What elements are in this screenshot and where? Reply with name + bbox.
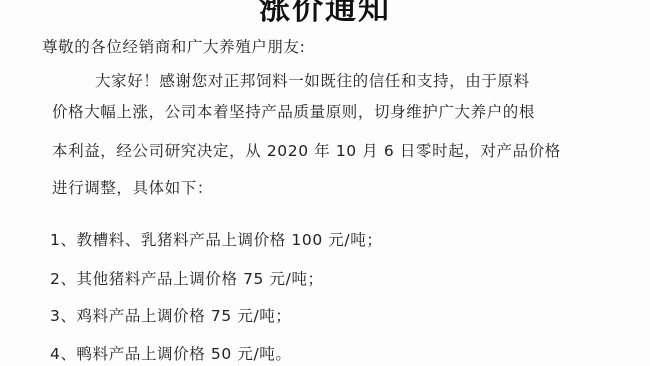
list-item: 3、鸡料产品上调价格 75 元/吨； — [50, 304, 291, 326]
list-item: 4、鸭料产品上调价格 50 元/吨。 — [50, 342, 291, 364]
body-line: 本利益，经公司研究决定，从 2020 年 10 月 6 日零时起，对产品价格 — [52, 139, 561, 161]
body-line: 大家好！感谢您对正邦饲料一如既往的信任和支持，由于原料 — [95, 69, 530, 91]
list-item: 2、其他猪料产品上调价格 75 元/吨； — [50, 267, 324, 289]
document-title: 涨价通知 — [0, 0, 650, 28]
price-increase-notice-document: 涨价通知 尊敬的各位经销商和广大养殖户朋友: 大家好！感谢您对正邦饲料一如既往的… — [0, 0, 650, 366]
body-line: 进行调整，具体如下： — [52, 176, 213, 198]
list-item: 1、教槽料、乳猪料产品上调价格 100 元/吨； — [50, 228, 382, 250]
body-line: 价格大幅上涨，公司本着坚持产品质量原则，切身维护广大养户的根 — [52, 100, 535, 122]
greeting-line: 尊敬的各位经销商和广大养殖户朋友: — [42, 35, 305, 57]
